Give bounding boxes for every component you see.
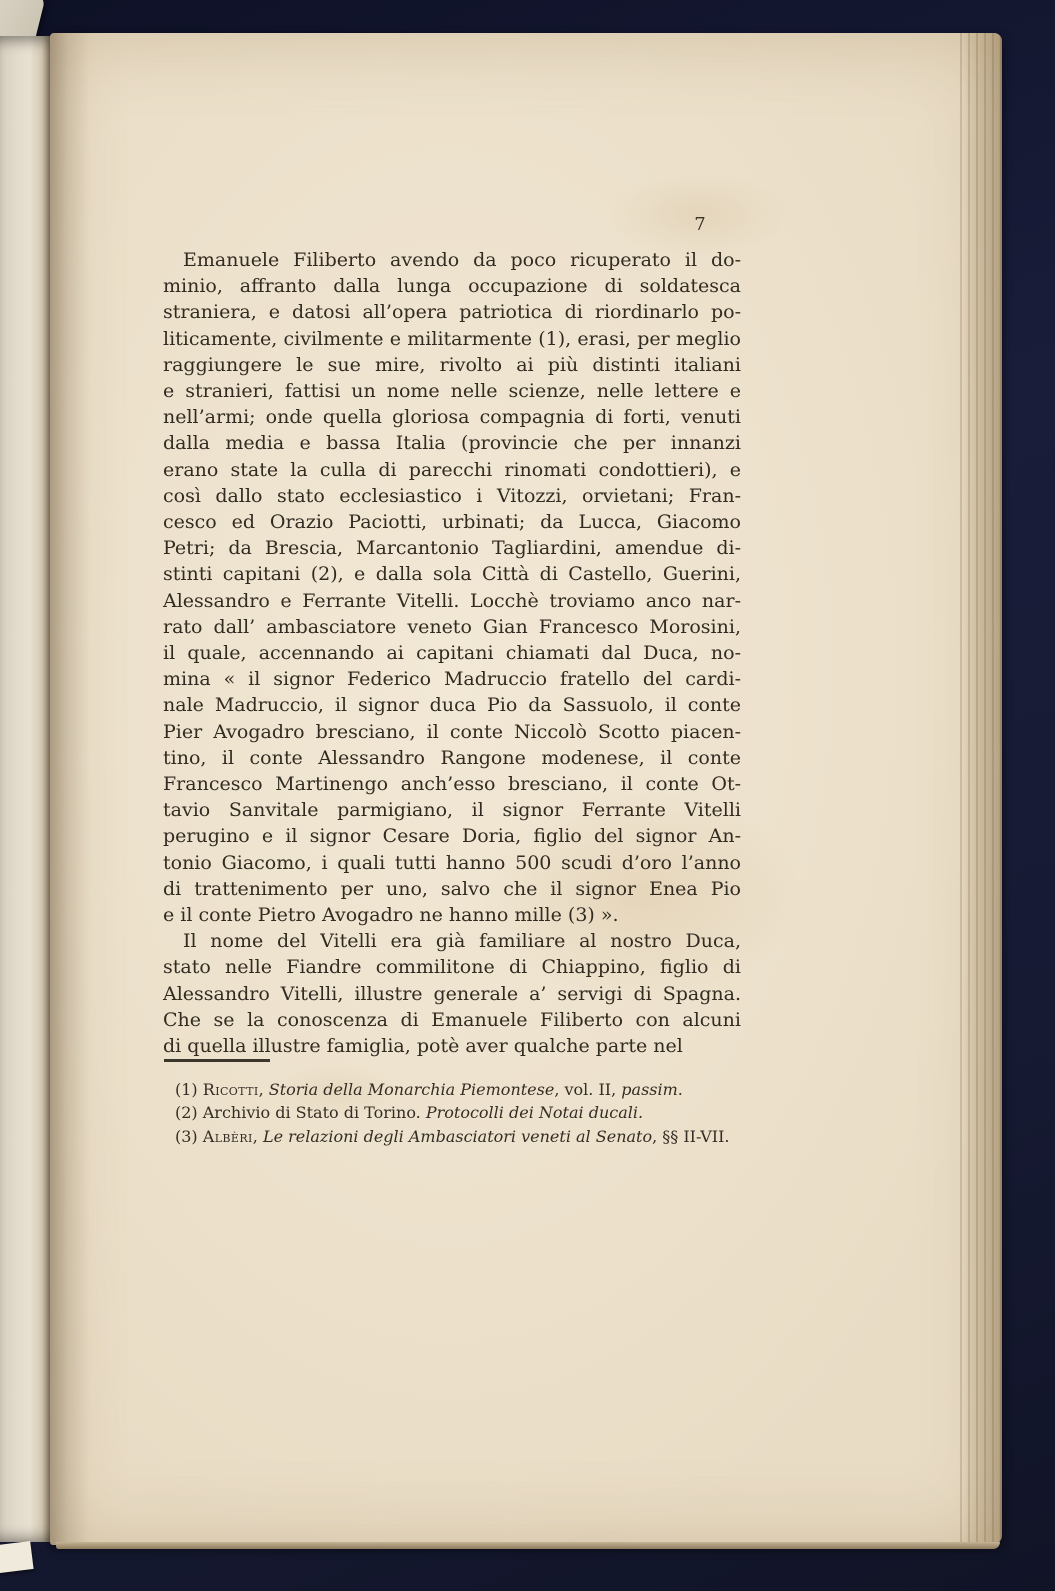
text-line: cesco ed Orazio Paciotti, urbinati; da L…	[163, 509, 741, 535]
photo-background: 7 Emanuele Filiberto avendo da poco ricu…	[0, 0, 1055, 1591]
text-line: rato dall’ ambasciatore veneto Gian Fran…	[163, 614, 741, 640]
footnote-segment: .	[678, 1080, 683, 1099]
page-number: 7	[678, 214, 722, 235]
text-line: così dallo stato ecclesiastico i Vitozzi…	[163, 483, 741, 509]
footnote-segment: Protocolli dei Notai ducali.	[426, 1103, 643, 1122]
text-line: minio, affranto dalla lunga occupazione …	[163, 273, 741, 299]
text-line: dalla media e bassa Italia (provincie ch…	[163, 430, 741, 456]
footnote-segment: (3)	[175, 1127, 203, 1146]
text-line: liticamente, civilmente e militarmente (…	[163, 326, 741, 352]
footnote-segment: , vol. II,	[554, 1080, 621, 1099]
footnote-segment: Le relazioni degli Ambasciatori veneti a…	[263, 1127, 652, 1146]
text-line: Il nome del Vitelli era già familiare al…	[163, 928, 741, 954]
adjacent-page-edge	[0, 36, 54, 1542]
footnote-segment: Ricotti	[203, 1080, 259, 1099]
text-line: straniera, e datosi all’opera patriotica…	[163, 299, 741, 325]
footnote-segment: (1)	[175, 1080, 203, 1099]
main-text: Emanuele Filiberto avendo da poco ricupe…	[163, 247, 741, 1059]
text-line: di trattenimento per uno, salvo che il s…	[163, 876, 741, 902]
footnote-segment: (2) Archivio di Stato di Torino.	[175, 1103, 426, 1122]
footnote-divider	[164, 1059, 270, 1062]
text-line: stato nelle Fiandre commilitone di Chiap…	[163, 954, 741, 980]
footnote: (1) Ricotti, Storia della Monarchia Piem…	[163, 1078, 763, 1101]
footnote-segment: , §§ II-VII.	[652, 1127, 729, 1146]
page-corner-below	[0, 1541, 34, 1573]
text-line: perugino e il signor Cesare Doria, figli…	[163, 823, 741, 849]
footnote: (3) Albèri, Le relazioni degli Ambasciat…	[163, 1125, 763, 1148]
text-line: erano state la culla di parecchi rinomat…	[163, 457, 741, 483]
text-line: e il conte Pietro Avogadro ne hanno mill…	[163, 902, 741, 928]
text-line: tavio Sanvitale parmigiano, il signor Fe…	[163, 797, 741, 823]
footnotes: (1) Ricotti, Storia della Monarchia Piem…	[163, 1078, 763, 1148]
text-line: nell’armi; onde quella gloriosa compagni…	[163, 404, 741, 430]
text-line: e stranieri, fattisi un nome nelle scien…	[163, 378, 741, 404]
text-line: Alessandro Vitelli, illustre generale a’…	[163, 981, 741, 1007]
gutter-shadow	[50, 33, 90, 1545]
text-line: raggiungere le sue mire, rivolto ai più …	[163, 352, 741, 378]
footnote-segment: Albèri	[203, 1127, 253, 1146]
text-line: Emanuele Filiberto avendo da poco ricupe…	[163, 247, 741, 273]
text-line: Francesco Martinengo anch’esso bresciano…	[163, 771, 741, 797]
paragraph: Il nome del Vitelli era già familiare al…	[163, 928, 741, 1059]
footnote-segment: passim	[621, 1080, 678, 1099]
text-line: mina « il signor Federico Madruccio frat…	[163, 666, 741, 692]
text-line: stinti capitani (2), e dalla sola Città …	[163, 561, 741, 587]
text-line: nale Madruccio, il signor duca Pio da Sa…	[163, 692, 741, 718]
text-line: Petri; da Brescia, Marcantonio Tagliardi…	[163, 535, 741, 561]
text-line: tonio Giacomo, i quali tutti hanno 500 s…	[163, 850, 741, 876]
paragraph: Emanuele Filiberto avendo da poco ricupe…	[163, 247, 741, 928]
text-line: Che se la conoscenza di Emanuele Filiber…	[163, 1007, 741, 1033]
text-line: di quella illustre famiglia, potè aver q…	[163, 1033, 741, 1059]
text-line: Pier Avogadro bresciano, il conte Niccol…	[163, 719, 741, 745]
page-bottom-edge	[56, 1542, 1000, 1549]
fore-edge-page-stack	[960, 33, 1002, 1545]
footnote-segment: Storia della Monarchia Piemontese	[269, 1080, 555, 1099]
footnote-segment: ,	[259, 1080, 269, 1099]
text-line: Alessandro e Ferrante Vitelli. Locchè tr…	[163, 588, 741, 614]
text-line: il quale, accennando ai capitani chiamat…	[163, 640, 741, 666]
footnote-segment: ,	[253, 1127, 263, 1146]
text-line: tino, il conte Alessandro Rangone modene…	[163, 745, 741, 771]
book-page: 7 Emanuele Filiberto avendo da poco ricu…	[50, 33, 1002, 1545]
footnote: (2) Archivio di Stato di Torino. Protoco…	[163, 1101, 763, 1124]
